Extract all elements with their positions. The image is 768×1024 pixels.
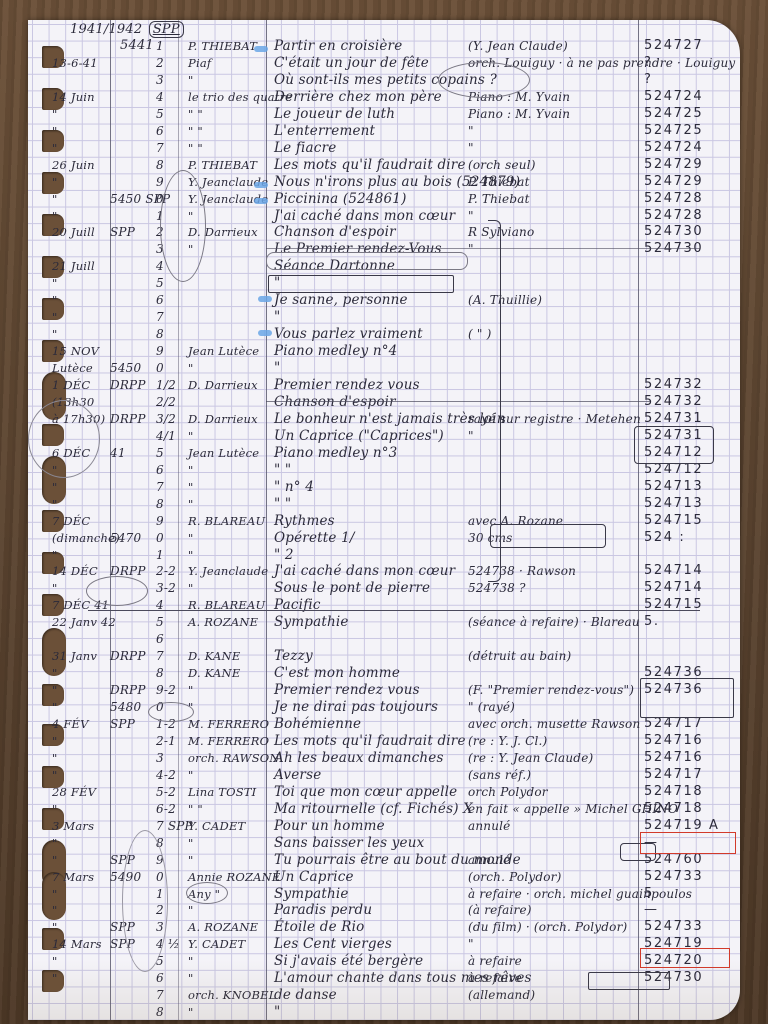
- row-notes: 524738 · Rawson: [468, 563, 576, 579]
- row-artist: le trio des quatre: [188, 89, 278, 105]
- blue-highlight-mark: [254, 182, 268, 188]
- row-title: " n° 4: [274, 479, 314, 495]
- row-artist: ": [188, 835, 278, 851]
- row-title: Premier rendez vous: [274, 377, 420, 393]
- row-take: 9-2: [156, 682, 186, 698]
- row-date: ": [52, 801, 130, 817]
- row-take: 6: [156, 462, 186, 478]
- row-catalog: 524717: [644, 767, 703, 783]
- row-notes: (A. Thuillie): [468, 292, 542, 308]
- row-artist: ": [188, 699, 278, 715]
- row-notes: (du film) · (orch. Polydor): [468, 919, 627, 935]
- row-notes: 524738 ?: [468, 580, 526, 596]
- row-catalog: 524728: [644, 208, 703, 224]
- row-take: 7 SPP: [156, 818, 186, 834]
- row-artist: Jean Lutèce: [188, 343, 278, 359]
- row-notes: à refaire: [468, 970, 522, 986]
- blue-highlight-mark: [254, 46, 268, 52]
- row-date: ": [52, 174, 130, 190]
- red-boxed-catalog: [640, 832, 736, 854]
- row-catalog: 524728: [644, 191, 703, 207]
- row-artist: Y. CADET: [188, 936, 278, 952]
- row-artist: Piaf: [188, 55, 278, 71]
- row-artist: ": [188, 580, 278, 596]
- row-catalog: ?: [644, 55, 653, 71]
- row-take: 1/2: [156, 377, 186, 393]
- row-date: ": [52, 275, 130, 291]
- row-catalog: 524724: [644, 89, 703, 105]
- table-row: 7orch. KNOBELde danse(allemand): [28, 987, 740, 1006]
- row-date: ": [52, 886, 130, 902]
- boxed-catalog: [634, 426, 714, 464]
- row-title: Sympathie: [274, 886, 349, 902]
- row-title: Premier rendez vous: [274, 682, 420, 698]
- circled-group: [122, 830, 168, 972]
- row-title: C'est mon homme: [274, 665, 400, 681]
- row-notes: ": [468, 428, 474, 444]
- row-title: Paradis perdu: [274, 902, 372, 918]
- circled-group: [160, 170, 206, 282]
- row-title: Si j'avais été bergère: [274, 953, 423, 969]
- row-catalog: 524713: [644, 496, 703, 512]
- row-date: ": [52, 106, 130, 122]
- row-artist: ": [188, 767, 278, 783]
- row-notes: (détruit au bain): [468, 648, 571, 664]
- row-catalog: 524714: [644, 580, 703, 596]
- row-title: Je ne dirai pas toujours: [274, 699, 438, 715]
- row-take: 8: [156, 496, 186, 512]
- row-artist: ": [188, 547, 278, 563]
- row-take: 7: [156, 140, 186, 156]
- row-artist: orch. KNOBEL: [188, 987, 278, 1003]
- row-artist: Jean Lutèce: [188, 445, 278, 461]
- row-catalog: 5: [644, 886, 654, 902]
- row-notes: R Sylviano: [468, 224, 534, 240]
- row-title: Bohémienne: [274, 716, 361, 732]
- row-notes: (allemand): [468, 987, 535, 1003]
- punch-hole: [42, 970, 64, 992]
- row-notes: (orch. Polydor): [468, 869, 561, 885]
- row-artist: R. BLAREAU: [188, 513, 278, 529]
- row-take: 7: [156, 987, 186, 1003]
- row-date: ": [52, 479, 130, 495]
- row-title: " ": [274, 462, 291, 478]
- row-matrix: SPP: [110, 716, 146, 732]
- row-artist: ": [188, 428, 278, 444]
- row-title: ": [274, 309, 280, 325]
- row-matrix: DRPP: [110, 411, 146, 427]
- row-take: 5: [156, 614, 186, 630]
- row-title: Je sanne, personne: [274, 292, 408, 308]
- row-date: 7 DÉC: [52, 513, 130, 529]
- bracket-line: [488, 220, 501, 582]
- row-take: 3/2: [156, 411, 186, 427]
- row-take: 2-2: [156, 563, 186, 579]
- row-title: ": [274, 1004, 280, 1020]
- row-artist: ": [188, 902, 278, 918]
- circled-matrix: [148, 702, 194, 722]
- row-take: 7: [156, 309, 186, 325]
- red-boxed-catalog: [640, 948, 730, 968]
- row-date: 13-6-41: [52, 55, 130, 71]
- circled-group: [28, 400, 100, 478]
- row-take: 6: [156, 292, 186, 308]
- row-notes: (Y. Jean Claude): [468, 38, 568, 54]
- row-title: Le joueur de luth: [274, 106, 395, 122]
- header-label: SPP: [149, 21, 184, 38]
- row-title: Les mots qu'il faudrait dire: [274, 157, 466, 173]
- row-take: 9: [156, 513, 186, 529]
- ledger-header: 1941/1942 SPP: [70, 22, 184, 38]
- row-date: ": [52, 309, 130, 325]
- row-notes: Piano : M. Yvain: [468, 106, 570, 122]
- row-date: ": [52, 496, 130, 512]
- circled-title: [266, 252, 468, 270]
- row-artist: " ": [188, 106, 278, 122]
- row-title: J'ai caché dans mon cœur: [274, 563, 455, 579]
- row-take: 0: [156, 360, 186, 376]
- row-notes: à refaire: [468, 953, 522, 969]
- row-date: ": [52, 292, 130, 308]
- row-catalog: 524717: [644, 716, 703, 732]
- header-years: 1941/1942: [70, 22, 142, 37]
- row-take: 4/1: [156, 428, 186, 444]
- blue-highlight-mark: [258, 330, 272, 336]
- row-artist: ": [188, 1004, 278, 1020]
- row-matrix: DRPP: [110, 648, 146, 664]
- row-catalog: 524725: [644, 106, 703, 122]
- row-notes: ": [468, 208, 474, 224]
- row-catalog: 524730: [644, 970, 703, 986]
- row-catalog: —: [644, 902, 659, 918]
- row-artist: Lina TOSTI: [188, 784, 278, 800]
- row-notes: ": [468, 140, 474, 156]
- row-catalog: 524730: [644, 241, 703, 257]
- row-notes: (orch seul): [468, 157, 536, 173]
- row-title: Chanson d'espoir: [274, 224, 396, 240]
- row-notes: à refaire · orch. michel guainpoulos: [468, 886, 692, 902]
- row-take: 5: [156, 445, 186, 461]
- row-notes: (re : Y. J. Cl.): [468, 733, 547, 749]
- row-matrix: SPP: [110, 224, 146, 240]
- row-artist: orch. RAWSON: [188, 750, 278, 766]
- row-catalog: 524715: [644, 513, 703, 529]
- row-matrix: 5450 SPP: [110, 191, 146, 207]
- row-title: ": [274, 360, 280, 376]
- row-title: Le fiacre: [274, 140, 336, 156]
- row-title: Vous parlez vraiment: [274, 326, 423, 342]
- row-title: Sous le pont de pierre: [274, 580, 430, 596]
- row-date: ": [52, 750, 130, 766]
- row-notes: (séance à refaire) · Blareau: [468, 614, 640, 630]
- row-title: Partir en croisière: [274, 38, 402, 54]
- row-matrix: 5470: [110, 530, 146, 546]
- row-catalog: 524732: [644, 377, 703, 393]
- row-title: Ma ritournelle (cf. Fichés) X: [274, 801, 473, 817]
- separator-line: [266, 248, 700, 249]
- row-catalog: 524732: [644, 394, 703, 410]
- circled-note: [438, 62, 530, 98]
- row-catalog: 524727: [644, 38, 703, 54]
- row-take: 6: [156, 123, 186, 139]
- row-take: 5-2: [156, 784, 186, 800]
- row-notes: ": [468, 123, 474, 139]
- boxed-note: [588, 972, 670, 990]
- row-catalog: 524716: [644, 750, 703, 766]
- row-title: " 2: [274, 547, 294, 563]
- row-title: Toi que mon cœur appelle: [274, 784, 457, 800]
- row-title: Averse: [274, 767, 321, 783]
- row-title: Étoile de Rio: [274, 919, 364, 935]
- circled-name: [186, 882, 228, 904]
- row-date: ": [52, 902, 130, 918]
- row-take: 9: [156, 343, 186, 359]
- row-notes: (re : Y. Jean Claude): [468, 750, 593, 766]
- row-title: Un Caprice ("Caprices"): [274, 428, 444, 444]
- row-notes: orch Polydor: [468, 784, 548, 800]
- row-artist: ": [188, 360, 278, 376]
- circled-matrix: [86, 576, 148, 606]
- row-artist: ": [188, 72, 278, 88]
- row-date: ": [52, 326, 130, 342]
- row-date: 26 Juin: [52, 157, 130, 173]
- row-title: L'enterrement: [274, 123, 375, 139]
- row-take: 8: [156, 665, 186, 681]
- row-date: ": [52, 123, 130, 139]
- row-title: Tezzy: [274, 648, 313, 664]
- row-title: Opérette 1/: [274, 530, 355, 546]
- row-notes: P. Thiebat: [468, 191, 530, 207]
- row-notes: ": [468, 936, 474, 952]
- row-title: Derrière chez mon père: [274, 89, 442, 105]
- row-title: Un Caprice: [274, 869, 354, 885]
- row-take: 2/2: [156, 394, 186, 410]
- row-catalog: 524731: [644, 411, 703, 427]
- row-notes: avec orch. musette Rawson: [468, 716, 640, 732]
- row-take: 8: [156, 1004, 186, 1020]
- row-artist: P. THIEBAT: [188, 157, 278, 173]
- row-catalog: 524724: [644, 140, 703, 156]
- row-title: Les Cent vierges: [274, 936, 392, 952]
- row-date: ": [52, 835, 130, 851]
- row-artist: Y. CADET: [188, 818, 278, 834]
- row-matrix: 5450: [110, 360, 146, 376]
- row-take: 2: [156, 55, 186, 71]
- row-title: L'amour chante dans tous mes rêves: [274, 970, 532, 986]
- row-matrix: DRPP: [110, 377, 146, 393]
- ledger-page: 1941/1942 SPP 5441 1P. THIEBATPartir en …: [28, 20, 740, 1020]
- row-notes: annulé: [468, 852, 510, 868]
- row-title: J'ai caché dans mon cœur: [274, 208, 455, 224]
- row-date: 15 NOV: [52, 343, 130, 359]
- row-title: " ": [274, 496, 291, 512]
- row-date: ": [52, 665, 130, 681]
- row-take: 0: [156, 530, 186, 546]
- row-notes: (sans réf.): [468, 767, 531, 783]
- boxed-note: [490, 524, 606, 548]
- row-title: Sympathie: [274, 614, 349, 630]
- row-date: ": [52, 953, 130, 969]
- row-take: 6: [156, 970, 186, 986]
- row-artist: ": [188, 682, 278, 698]
- row-notes: (F. "Premier rendez-vous"): [468, 682, 634, 698]
- row-title: Ah les beaux dimanches: [274, 750, 444, 766]
- row-take: 1: [156, 38, 186, 54]
- row-catalog: 524730: [644, 224, 703, 240]
- row-title: Piano medley n°4: [274, 343, 397, 359]
- table-row: "6"L'amour chante dans tous mes rêvesà r…: [28, 970, 740, 989]
- row-take: 6: [156, 631, 186, 647]
- row-artist: D. Darrieux: [188, 377, 278, 393]
- row-take: 5: [156, 106, 186, 122]
- row-title: Sans baisser les yeux: [274, 835, 424, 851]
- row-catalog: 524733: [644, 869, 703, 885]
- row-take: 2-1: [156, 733, 186, 749]
- row-take: 6-2: [156, 801, 186, 817]
- row-artist: " ": [188, 140, 278, 156]
- boxed-title: [268, 275, 454, 293]
- row-artist: M. FERRERO: [188, 733, 278, 749]
- row-take: 4: [156, 89, 186, 105]
- row-artist: " ": [188, 801, 278, 817]
- row-matrix: DRPP: [110, 682, 146, 698]
- row-notes: (à refaire): [468, 902, 532, 918]
- row-title: Rythmes: [274, 513, 335, 529]
- row-take: 7: [156, 479, 186, 495]
- row-catalog: 524714: [644, 563, 703, 579]
- row-matrix: 41: [110, 445, 146, 461]
- row-artist: ": [188, 479, 278, 495]
- row-artist: ": [188, 496, 278, 512]
- row-artist: D. KANE: [188, 648, 278, 664]
- row-catalog: 524712: [644, 462, 703, 478]
- row-date: ": [52, 970, 130, 986]
- row-date: 21 Juill: [52, 258, 130, 274]
- row-artist: ": [188, 953, 278, 969]
- row-date: 14 Juin: [52, 89, 130, 105]
- row-artist: D. Darrieux: [188, 411, 278, 427]
- row-catalog: 524713: [644, 479, 703, 495]
- row-take: 1: [156, 547, 186, 563]
- row-take: 5: [156, 953, 186, 969]
- row-notes: " (rayé): [468, 699, 515, 715]
- row-take: 3: [156, 72, 186, 88]
- row-catalog: 524729: [644, 174, 703, 190]
- row-catalog: 524718: [644, 801, 703, 817]
- row-date: 3 Mars: [52, 818, 130, 834]
- row-artist: M. FERRERO: [188, 716, 278, 732]
- row-catalog: 524729: [644, 157, 703, 173]
- row-artist: A. ROZANE: [188, 614, 278, 630]
- row-catalog: 524 :: [644, 530, 685, 546]
- row-catalog: 5.: [644, 614, 660, 630]
- row-take: 7: [156, 648, 186, 664]
- row-artist: ": [188, 852, 278, 868]
- row-take: 8: [156, 326, 186, 342]
- row-artist: ": [188, 462, 278, 478]
- row-catalog: 524725: [644, 123, 703, 139]
- row-date: ": [52, 547, 130, 563]
- row-notes: P. Thiebat: [468, 174, 530, 190]
- row-take: 3: [156, 750, 186, 766]
- row-notes: ": [468, 241, 474, 257]
- row-notes: annulé: [468, 818, 510, 834]
- row-date: ": [52, 767, 130, 783]
- row-title: C'était un jour de fête: [274, 55, 429, 71]
- row-catalog: 524716: [644, 733, 703, 749]
- table-row: 8"": [28, 1004, 740, 1023]
- row-date: 22 Janv 42: [52, 614, 130, 630]
- separator-line: [88, 610, 700, 611]
- row-artist: Y. Jeanclaude: [188, 563, 278, 579]
- row-artist: " ": [188, 123, 278, 139]
- row-title: Piano medley n°3: [274, 445, 397, 461]
- row-artist: ": [188, 970, 278, 986]
- row-date: ": [52, 140, 130, 156]
- row-catalog: ?: [644, 72, 653, 88]
- separator-line: [266, 401, 650, 402]
- row-title: Pour un homme: [274, 818, 385, 834]
- row-artist: ": [188, 530, 278, 546]
- row-take: 3-2: [156, 580, 186, 596]
- row-title: Les mots qu'il faudrait dire: [274, 733, 466, 749]
- row-artist: D. KANE: [188, 665, 278, 681]
- row-date: 28 FÉV: [52, 784, 130, 800]
- row-title: Piccinina (524861): [274, 191, 407, 207]
- row-date: ": [52, 733, 130, 749]
- row-matrix: 5480: [110, 699, 146, 715]
- blue-highlight-mark: [258, 296, 272, 302]
- blue-highlight-mark: [254, 198, 268, 204]
- row-date: ": [52, 208, 130, 224]
- row-catalog: 524733: [644, 919, 703, 935]
- row-take: 4-2: [156, 767, 186, 783]
- boxed-catalog: [640, 678, 734, 718]
- row-catalog: 524718: [644, 784, 703, 800]
- row-artist: A. ROZANE: [188, 919, 278, 935]
- row-title: de danse: [274, 987, 337, 1003]
